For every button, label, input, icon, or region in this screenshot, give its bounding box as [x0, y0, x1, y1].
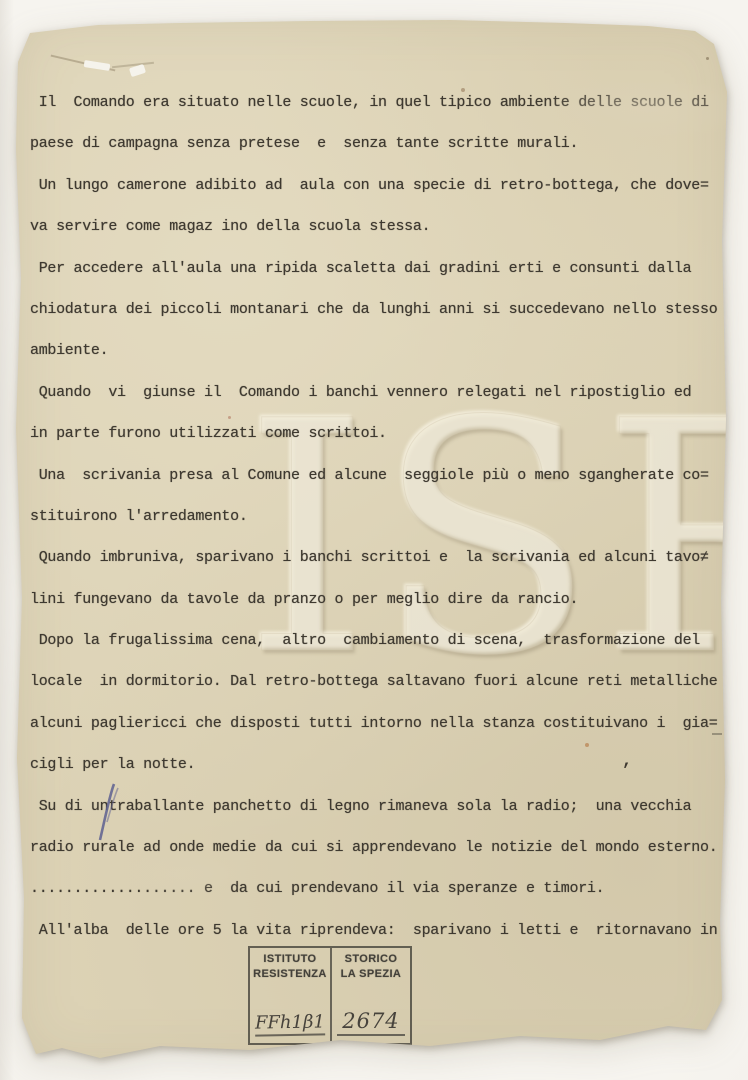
- stamp-label-line: ISTITUTO: [250, 952, 330, 967]
- text-line: va servire come magaz ino della scuola s…: [30, 206, 736, 247]
- paper-speck: [461, 88, 465, 92]
- stamp-right-column: STORICO LA SPEZIA 2674: [332, 948, 410, 1043]
- text-line: Un lungo camerone adibito ad aula con un…: [30, 165, 736, 206]
- text-line: Il Comando era situato nelle scuole, in …: [30, 82, 736, 123]
- text-line: ambiente.: [30, 330, 736, 371]
- text-line: Dopo la frugalissima cena, altro cambiam…: [30, 620, 736, 661]
- text-line: radio rurale ad onde medie da cui si app…: [30, 827, 736, 868]
- paper-speck: [585, 743, 589, 747]
- stamp-archive-number: 2674: [337, 1009, 405, 1036]
- text-line: paese di campagna senza pretese e senza …: [30, 123, 736, 164]
- stray-comma-mark: ,: [622, 752, 632, 771]
- text-line: All'alba delle ore 5 la vita riprendeva:…: [30, 910, 736, 951]
- scan-background: ISR Il Comando era situato nelle scuole,…: [0, 0, 748, 1080]
- pen-insertion-mark-icon: [92, 782, 122, 844]
- text-line: Quando imbruniva, sparivano i banchi scr…: [30, 537, 736, 578]
- paper-sheet: ISR Il Comando era situato nelle scuole,…: [0, 0, 748, 1080]
- paper-tear-nick: [84, 60, 111, 71]
- text-line: Su di untraballante panchetto di legno r…: [30, 786, 736, 827]
- stamp-label-istituto: ISTITUTO RESISTENZA: [250, 948, 330, 982]
- text-line: chiodatura dei piccoli montanari che da …: [30, 289, 736, 330]
- text-line: alcuni pagliericci che disposti tutti in…: [30, 703, 736, 744]
- paper-speck: [706, 57, 709, 60]
- text-line: in parte furono utilizzati come scrittoi…: [30, 413, 736, 454]
- text-line: locale in dormitorio. Dal retro-bottega …: [30, 661, 736, 702]
- paper-speck: [228, 416, 231, 419]
- text-line: lini fungevano da tavole da pranzo o per…: [30, 579, 736, 620]
- text-line: Una scrivania presa al Comune ed alcune …: [30, 455, 736, 496]
- stamp-label-storico: STORICO LA SPEZIA: [332, 948, 410, 982]
- stamp-label-line: LA SPEZIA: [332, 967, 410, 982]
- text-line: Quando vi giunse il Comando i banchi ven…: [30, 372, 736, 413]
- text-line: stituirono l'arredamento.: [30, 496, 736, 537]
- stamp-label-line: RESISTENZA: [250, 967, 330, 982]
- stamp-left-column: ISTITUTO RESISTENZA FFh1β1: [250, 948, 332, 1043]
- document-page: ISR Il Comando era situato nelle scuole,…: [0, 0, 748, 1080]
- text-line: ................... e da cui prendevano …: [30, 868, 736, 909]
- text-line: Per accedere all'aula una ripida scalett…: [30, 248, 736, 289]
- stamp-archive-code: FFh1β1: [255, 1011, 325, 1036]
- edge-mark: [712, 733, 722, 735]
- stamp-label-line: STORICO: [332, 952, 410, 967]
- typewritten-text: Il Comando era situato nelle scuole, in …: [30, 82, 736, 951]
- archive-stamp: ISTITUTO RESISTENZA FFh1β1 STORICO LA SP…: [248, 946, 412, 1045]
